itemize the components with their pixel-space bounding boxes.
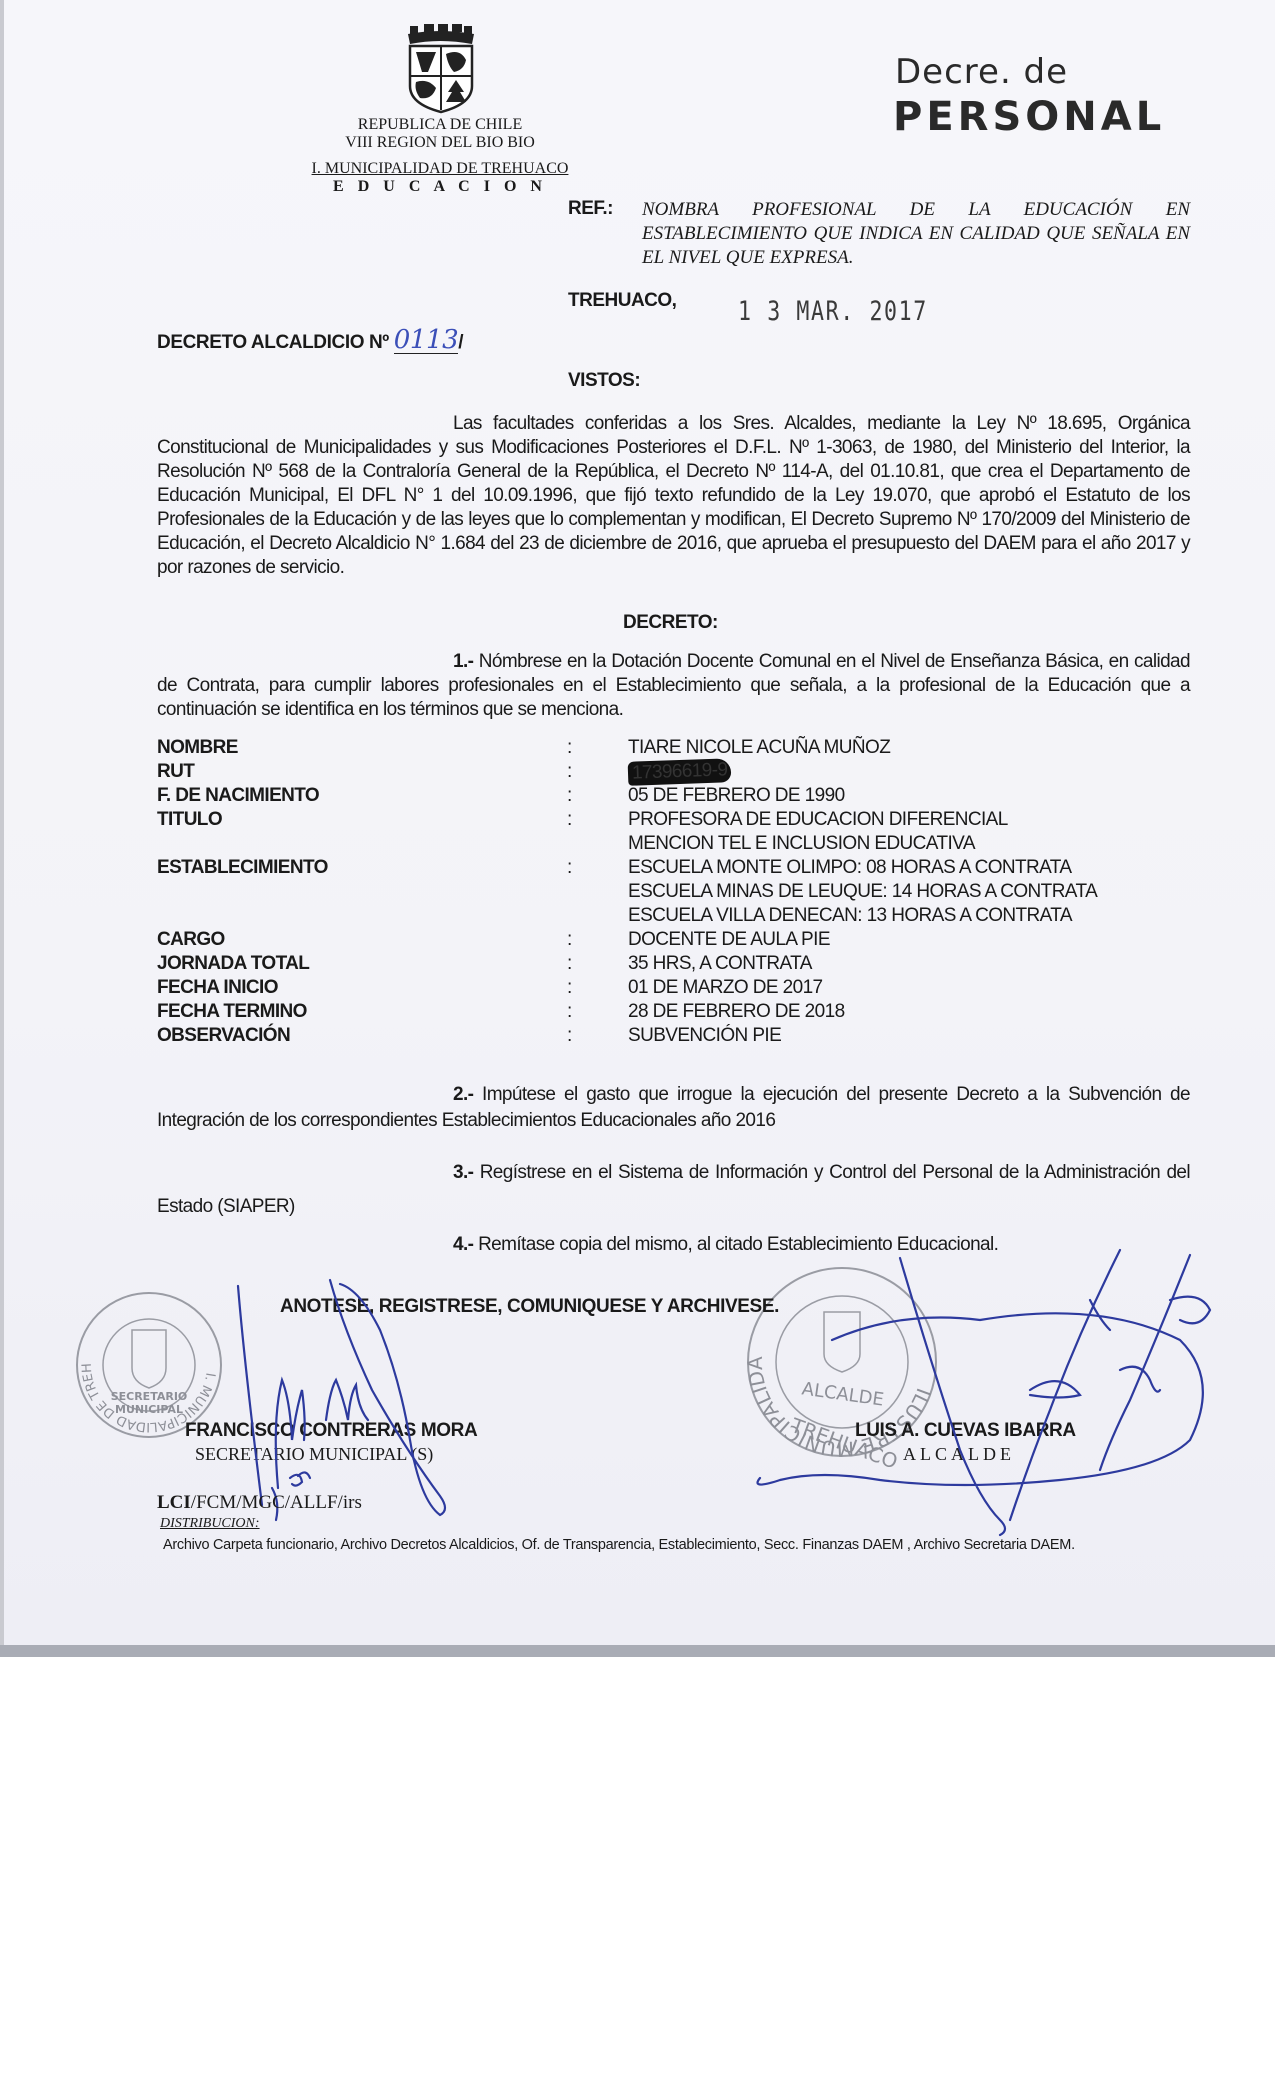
initials-bold: LCI [157,1492,191,1513]
initials-line: LCI/FCM/MGC/ALLF/irs [157,1492,362,1514]
signature-2-icon [758,1250,1211,1535]
initials-rest: /FCM/MGC/ALLF/irs [191,1492,362,1513]
distribution-label: DISTRIBUCION: [160,1516,260,1532]
handwritten-signatures [0,0,1275,1655]
signature-1-icon [238,1280,445,1515]
distribution-text: Archivo Carpeta funcionario, Archivo Dec… [163,1536,1193,1555]
